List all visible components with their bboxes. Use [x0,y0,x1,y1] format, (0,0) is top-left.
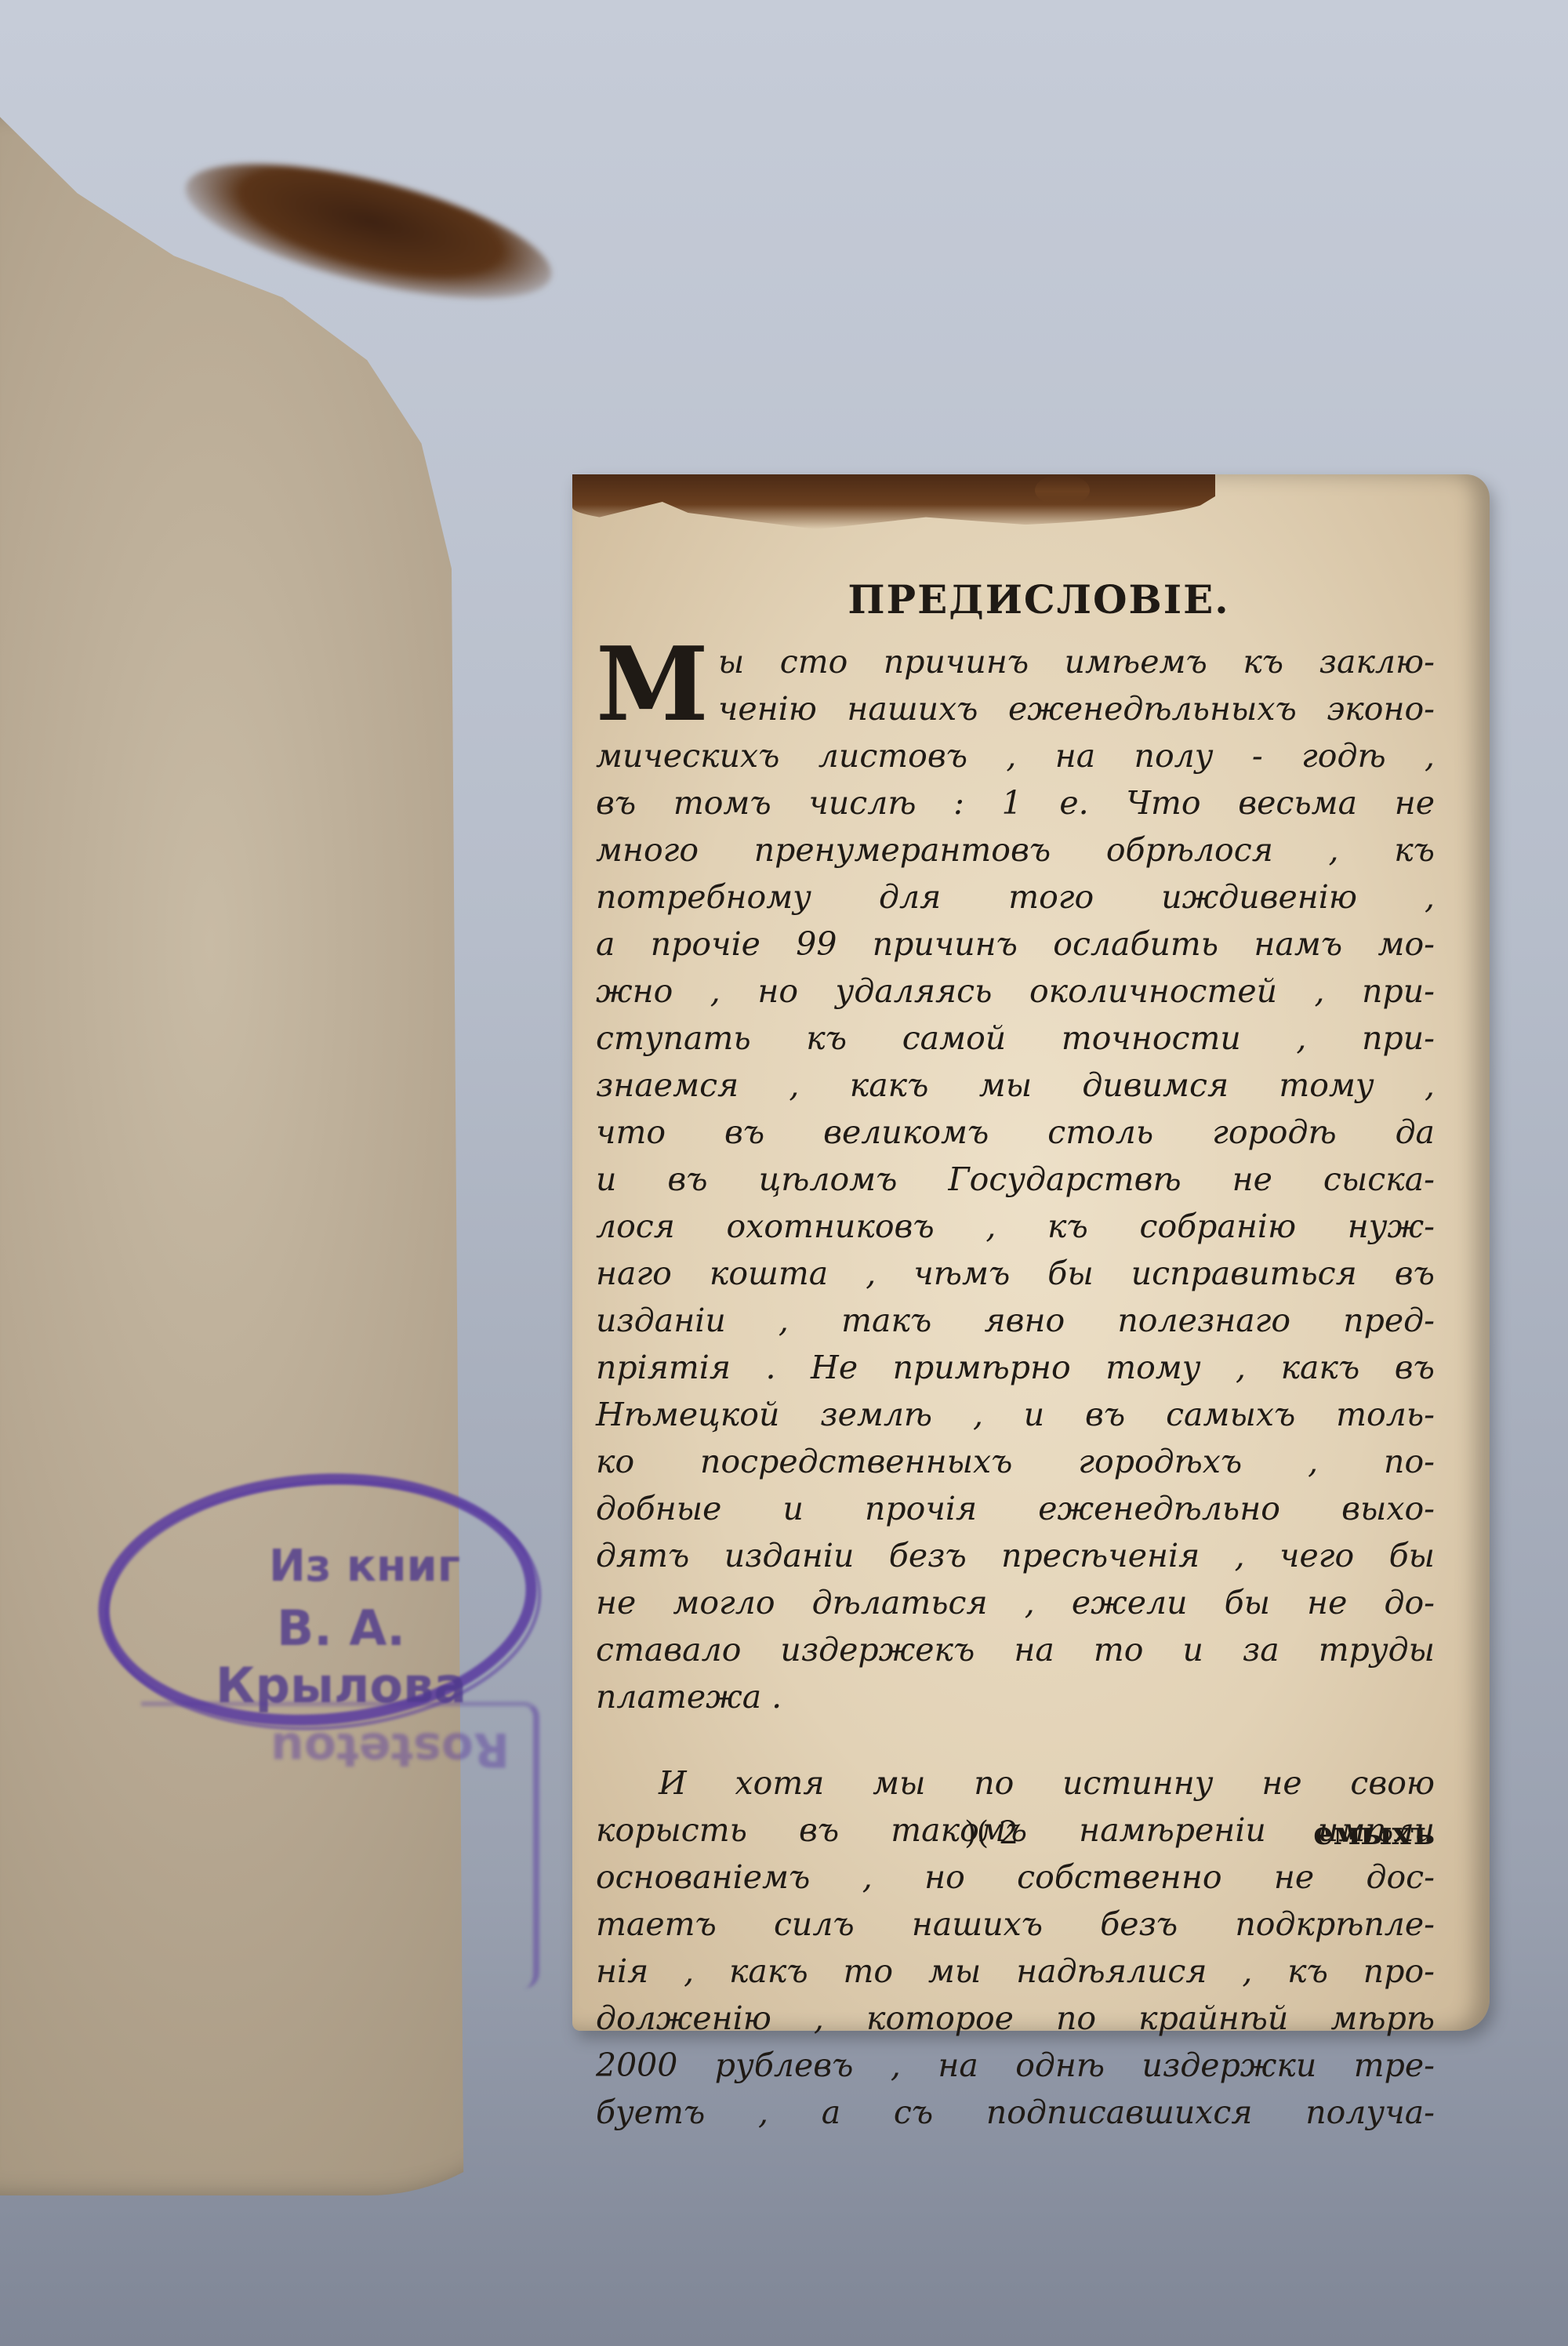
text-line: платежа . [596,1673,1435,1720]
page-text: ПРЕДИСЛОВІЕ. М ы сто причинъ имѣемъ къ з… [596,576,1435,2136]
stamp-line-2: В. А. Крылова [98,1600,537,1714]
paragraph-1: М ы сто причинъ имѣемъ къ заклю- ченію н… [596,638,1435,1720]
text-line: ступать къ самой точности , при- [596,1015,1435,1062]
text-line: ко посредственныхъ городѣхъ , по- [596,1438,1435,1485]
text-line: 2000 рублевъ , на однѣ издержки тре- [596,2042,1435,2089]
text-line: нія , какъ то мы надѣялися , къ про- [596,1948,1435,1995]
owner-stamp: Из книг В. А. Крылова [98,1474,537,1725]
text-line: долженію , которое по крайнѣй мѣрѣ [596,1995,1435,2042]
text-line: лося охотниковъ , къ собранію нуж- [596,1203,1435,1250]
text-line: наго кошта , чѣмъ бы исправиться въ [596,1250,1435,1297]
text-line: ы сто причинъ имѣемъ къ заклю- [596,638,1435,685]
book-photo: Из книг В. А. Крылова Rostetou ПРЕДИСЛОВ… [0,0,1568,2346]
text-line: не могло дѣлаться , ежели бы не до- [596,1579,1435,1626]
burn-mark-top [572,474,1215,529]
text-line: жно , но удаляясь околичностей , при- [596,968,1435,1015]
catchword: емыхъ [1313,1815,1435,1852]
text-line: въ томъ числѣ : 1 е. Что весьма не [596,779,1435,826]
text-line: ченію нашихъ еженедѣльныхъ эконо- [596,685,1435,732]
text-line: потребному для того иждивенію , [596,873,1435,921]
page-footer: )( 2 емыхъ [596,1815,1435,1852]
text-line: добные и прочія еженедѣльно выхо- [596,1485,1435,1532]
text-line: основаніемъ , но собственно не дос- [596,1854,1435,1901]
right-page: ПРЕДИСЛОВІЕ. М ы сто причинъ имѣемъ къ з… [572,474,1490,2031]
text-line: буетъ , а съ подписавшихся получа- [596,2089,1435,2136]
page-title: ПРЕДИСЛОВІЕ. [596,576,1435,623]
text-line: много пренумерантовъ обрѣлося , къ [596,826,1435,873]
text-line: ставало издержекъ на то и за труды [596,1626,1435,1673]
text-line: и въ цѣломъ Государствѣ не сыска- [596,1156,1435,1203]
faint-stamp: Rostetou [141,1701,539,1988]
text-line: знаемся , какъ мы дивимся тому , [596,1062,1435,1109]
drop-cap: М [596,641,709,728]
text-line: что въ великомъ столь городѣ да [596,1109,1435,1156]
text-line: И хотя мы по истинну не свою [596,1759,1435,1807]
signature-mark: )( 2 [596,1815,1018,1852]
text-line: мическихъ листовъ , на полу - годѣ , [596,732,1435,779]
stamp-line-1: Из книг [98,1541,537,1592]
burn-mark-small [1035,474,1090,506]
faint-stamp-text: Rostetou [270,1722,510,1777]
text-line: дятъ изданіи безъ пресѣченія , чего бы [596,1532,1435,1579]
text-line: таетъ силъ нашихъ безъ подкрѣпле- [596,1901,1435,1948]
text-line: пріятія . Не примѣрно тому , какъ въ [596,1344,1435,1391]
text-line: изданіи , такъ явно полезнаго пред- [596,1297,1435,1344]
text-line: Нѣмецкой землѣ , и въ самыхъ толь- [596,1391,1435,1438]
text-line: а прочіе 99 причинъ ослабить намъ мо- [596,921,1435,968]
